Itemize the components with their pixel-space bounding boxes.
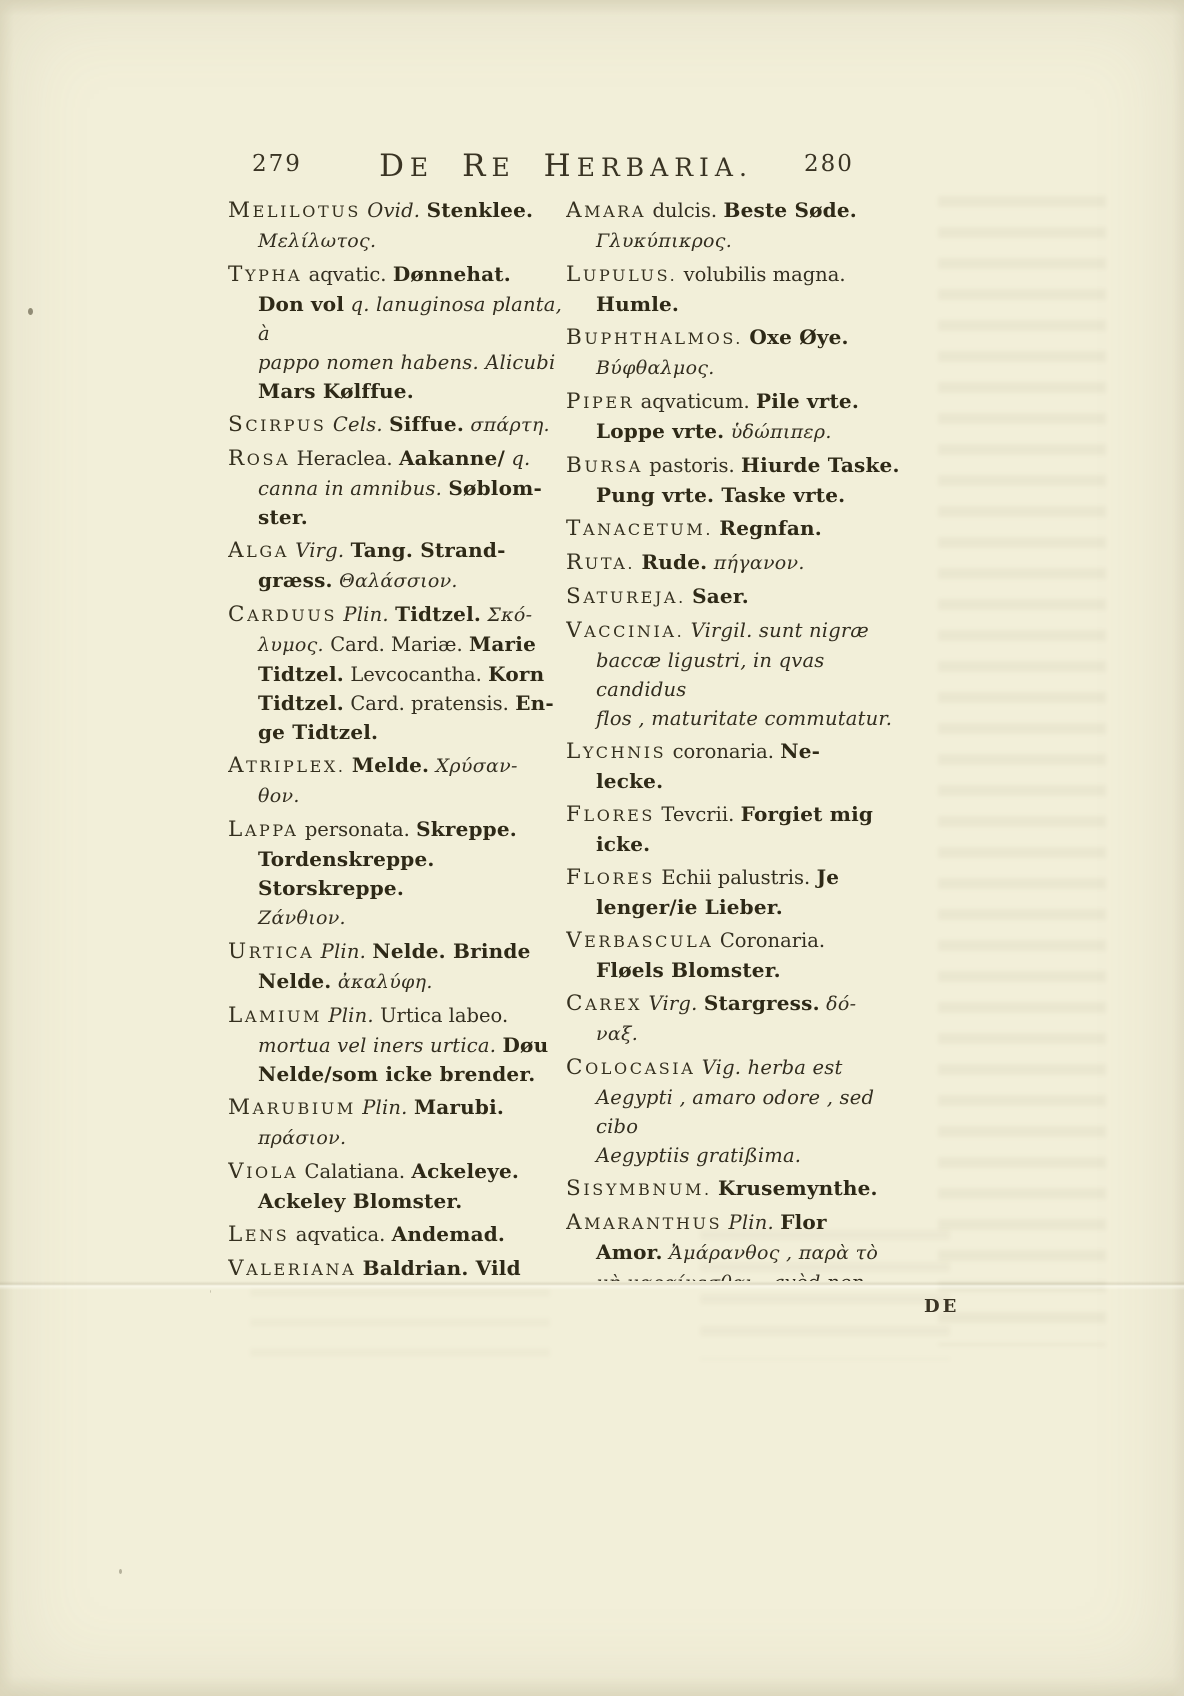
entry-fraktur-text: icke. <box>596 832 650 856</box>
scanned-book-page: 279 DE RE HERBARIA. 280 MELILOTUS Ovid. … <box>0 0 1184 1696</box>
dictionary-entry: VACCINIA. Virgil. sunt nigræbaccæ ligust… <box>566 616 910 733</box>
entry-italic-text: mortua vel iners urtica. <box>258 1034 496 1057</box>
entry-lemma-text: RUTA. <box>566 554 635 573</box>
entry-fraktur-text: En- <box>515 691 554 715</box>
entry-fraktur-text: ge Tidtzel. <box>258 720 378 744</box>
entry-italic-text: Aegyptiis gratißima. <box>596 1144 801 1167</box>
entry-roman-text: Urtica labeo. <box>380 1004 508 1027</box>
dictionary-entry: VERBASCULA Coronaria.Fløels Blomster. <box>566 926 910 985</box>
entry-lemma-text: LAMIUM <box>228 1007 322 1026</box>
entry-greek-text: πήγανον. <box>714 552 805 574</box>
entry-italic-text: Virgil. sunt nigræ <box>691 619 869 642</box>
entry-fraktur-text: Amor. <box>596 1240 663 1264</box>
entry-italic-text: Plin. <box>328 1004 373 1027</box>
entry-fraktur-text: Flor <box>780 1210 826 1234</box>
entry-lemma-text: FLORES <box>566 806 655 825</box>
entry-fraktur-text: Skreppe. <box>416 817 517 841</box>
entry-lemma-text: BUPHTHALMOS. <box>566 329 743 348</box>
entry-fraktur-text: Je <box>817 865 840 889</box>
entry-fraktur-text: Marie <box>469 632 536 656</box>
dictionary-entry: URTICA Plin. Nelde. BrindeNelde. ἀκαλύφη… <box>228 937 564 997</box>
entry-greek-text: θον. <box>258 785 300 807</box>
entry-italic-text: baccæ ligustri, in qvas candidus <box>596 649 825 701</box>
entry-roman-text: Tevcrii. <box>661 803 734 826</box>
entry-fraktur-text: Rude. <box>641 550 707 574</box>
entry-roman-text: aqvatic. <box>309 263 387 286</box>
entry-roman-text: Echii palustris. <box>661 866 810 889</box>
entry-fraktur-text: Forgiet mig <box>741 802 873 826</box>
entry-fraktur-text: Dønnehat. <box>393 262 511 286</box>
entry-roman-text: pastoris. <box>649 454 734 477</box>
dictionary-entry: LYCHNIS coronaria. Ne-lecke. <box>566 737 910 796</box>
entry-lemma-text: ROSA <box>228 450 290 469</box>
entry-fraktur-text: Pile vrte. <box>756 389 859 413</box>
entry-italic-text: Virg. <box>649 992 698 1015</box>
entry-lemma-text: SATUREJA. <box>566 588 686 607</box>
entry-fraktur-text: Regnfan. <box>719 516 822 540</box>
dictionary-entry: ALGA Virg. Tang. Strand-græss. Θαλάσσιον… <box>228 536 564 596</box>
entry-roman-text: dulcis. <box>652 199 717 222</box>
entry-fraktur-text: Saer. <box>692 584 749 608</box>
entry-roman-text: coronaria. <box>673 740 774 763</box>
entry-italic-text: Vig. herba est <box>702 1056 843 1079</box>
entry-lemma-text: LUPULUS. <box>566 266 677 285</box>
entry-lemma-text: ATRIPLEX. <box>228 757 346 776</box>
entry-fraktur-text: Krusemynthe. <box>718 1176 878 1200</box>
entry-fraktur-text: Hiurde Taske. <box>741 453 900 477</box>
entry-lemma-text: AMARA <box>566 202 646 221</box>
dictionary-entry: ATRIPLEX. Melde. Χρύσαν-θον. <box>228 751 564 811</box>
entry-roman-text: Calatiana. <box>305 1160 406 1183</box>
dictionary-entry: AMARANTHUS Plin. FlorAmor. Ἀμάρανθος , π… <box>566 1208 910 1281</box>
entry-greek-text: πράσιον. <box>258 1127 346 1149</box>
dictionary-entry: COLOCASIA Vig. herba estAegypti , amaro … <box>566 1053 910 1170</box>
entry-italic-text: pappo nomen habens. Alicubi <box>258 351 555 374</box>
entry-lemma-text: COLOCASIA <box>566 1059 695 1078</box>
dictionary-entry: CARDUUS Plin. Tidtzel. Σκό-λυμος. Card. … <box>228 600 564 747</box>
entry-lemma-text: BURSA <box>566 457 643 476</box>
catchword: DE <box>924 1296 959 1317</box>
page-crease <box>0 1281 1184 1290</box>
entry-italic-text: Plin. <box>343 603 388 626</box>
dictionary-entry: MELILOTUS Ovid. Stenklee.Μελίλωτος. <box>228 196 564 256</box>
entry-fraktur-text: Beste Søde. <box>723 198 856 222</box>
entry-fraktur-text: Siffue. <box>389 412 464 436</box>
entry-lemma-text: VIOLA <box>228 1163 298 1182</box>
entry-fraktur-text: Mars Kølffue. <box>258 379 414 403</box>
dictionary-entry: CAREX Virg. Stargress. δό-ναξ. <box>566 989 910 1049</box>
dictionary-entry: SISYMBNUM. Krusemynthe. <box>566 1174 910 1204</box>
entry-italic-text: q. <box>511 447 530 470</box>
dictionary-entry: RUTA. Rude. πήγανον. <box>566 548 910 578</box>
dictionary-entry: FLORES Echii palustris. Jelenger/ie Lieb… <box>566 863 910 922</box>
entry-fraktur-text: Andemad. <box>392 1222 505 1246</box>
dictionary-entry: MARUBIUM Plin. Marubi.πράσιον. <box>228 1093 564 1153</box>
entry-fraktur-text: Nelde. <box>258 969 331 993</box>
entry-lemma-text: VALERIANA <box>228 1260 356 1279</box>
entry-fraktur-text: Nelde/som icke brender. <box>258 1062 535 1086</box>
entry-italic-text: Ovid. <box>367 199 420 222</box>
dictionary-entry: LAMIUM Plin. Urtica labeo.mortua vel ine… <box>228 1001 564 1089</box>
entry-greek-text: λυμος. <box>258 634 324 656</box>
entry-greek-text: σπάρτη. <box>470 414 550 436</box>
entry-fraktur-text: Fløels Blomster. <box>596 958 781 982</box>
entry-fraktur-text: Ackeley Blomster. <box>258 1189 462 1213</box>
entry-greek-text: ναξ. <box>596 1023 638 1045</box>
entry-fraktur-text: Marubi. <box>414 1095 504 1119</box>
entry-lemma-text: AMARANTHUS <box>566 1214 722 1233</box>
entry-roman-text: Card. Mariæ. <box>330 633 462 656</box>
entry-fraktur-text: Tidtzel. <box>258 691 344 715</box>
entry-fraktur-text: Tang. Strand- <box>351 538 506 562</box>
entry-fraktur-text: ster. <box>258 505 308 529</box>
entry-fraktur-text: Korn <box>488 662 544 686</box>
show-through-text <box>250 1288 550 1368</box>
dictionary-entry: LAPPA personata. Skreppe.Tordenskreppe. … <box>228 815 564 933</box>
entry-fraktur-text: lecke. <box>596 769 663 793</box>
entry-fraktur-text: Stargress. <box>704 991 820 1015</box>
entry-greek-text: Γλυκύπικρος. <box>596 230 732 252</box>
entry-lemma-text: MARUBIUM <box>228 1099 356 1118</box>
entry-roman-text: personata. <box>305 818 410 841</box>
entry-fraktur-text: Loppe vrte. <box>596 419 724 443</box>
entry-greek-text: Βύφθαλμος. <box>596 357 715 379</box>
entry-italic-text: Plin. <box>729 1211 774 1234</box>
entry-lemma-text: CARDUUS <box>228 606 337 625</box>
entry-italic-text: Plin. <box>362 1096 407 1119</box>
entry-fraktur-text: Oxe Øye. <box>749 325 848 349</box>
entry-fraktur-text: Tidtzel. <box>258 662 344 686</box>
show-through-text <box>938 196 1106 1346</box>
dictionary-entry: PIPER aqvaticum. Pile vrte.Loppe vrte. ὑ… <box>566 387 910 447</box>
entry-fraktur-text: Tidtzel. <box>395 602 481 626</box>
entry-lemma-text: SISYMBNUM. <box>566 1180 712 1199</box>
entry-fraktur-text: græss. <box>258 568 333 592</box>
entry-lemma-text: CAREX <box>566 995 642 1014</box>
entry-lemma-text: LENS <box>228 1226 289 1245</box>
entry-lemma-text: URTICA <box>228 943 314 962</box>
entry-italic-text: Plin. <box>321 940 366 963</box>
right-column: AMARA dulcis. Beste Søde.Γλυκύπικρος.LUP… <box>566 196 910 1281</box>
entry-fraktur-text: Don vol <box>258 292 344 316</box>
entry-greek-text: ὑδώπιπερ. <box>731 421 832 443</box>
entry-lemma-text: FLORES <box>566 869 655 888</box>
entry-lemma-text: VERBASCULA <box>566 932 713 951</box>
dictionary-entry: SCIRPUS Cels. Siffue. σπάρτη. <box>228 410 564 440</box>
entry-greek-text: ἀκαλύφη. <box>338 971 433 993</box>
entry-lemma-text: LYCHNIS <box>566 743 666 762</box>
dictionary-entry: LUPULUS. volubilis magna.Humle. <box>566 260 910 319</box>
entry-lemma-text: SCIRPUS <box>228 416 326 435</box>
dictionary-entry: VIOLA Calatiana. Ackeleye.Ackeley Blomst… <box>228 1157 564 1216</box>
entry-greek-text: Σκό- <box>487 604 532 626</box>
dictionary-entry: BUPHTHALMOS. Oxe Øye.Βύφθαλμος. <box>566 323 910 383</box>
entry-italic-text: canna in amnibus. <box>258 477 442 500</box>
entry-fraktur-text: Ackeleye. <box>411 1159 519 1183</box>
entry-roman-text: aqvaticum. <box>641 390 750 413</box>
entry-roman-text: Card. pratensis. <box>350 692 509 715</box>
dictionary-entry: LENS aqvatica. Andemad. <box>228 1220 564 1250</box>
entry-greek-text: μὴ μαραίνεσθαι , <box>596 1272 766 1281</box>
entry-greek-text: Θαλάσσιον. <box>339 570 458 592</box>
entry-fraktur-text: Tordenskreppe. Storskreppe. <box>258 847 435 900</box>
entry-lemma-text: PIPER <box>566 393 634 412</box>
entry-fraktur-text: lenger/ie Lieber. <box>596 895 783 919</box>
entry-lemma-text: ALGA <box>228 542 289 561</box>
dictionary-entry: ROSA Heraclea. Aakanne/ q.canna in amnib… <box>228 444 564 532</box>
dictionary-entry: TANACETUM. Regnfan. <box>566 514 910 544</box>
entry-greek-text: Χρύσαν- <box>436 755 518 777</box>
entry-roman-text: volubilis magna. <box>684 263 846 286</box>
entry-fraktur-text: Melde. <box>352 753 429 777</box>
entry-fraktur-text: Pung vrte. Taske vrte. <box>596 483 845 507</box>
entry-lemma-text: LAPPA <box>228 821 298 840</box>
paper-speck <box>28 308 33 315</box>
entry-italic-text: Cels. <box>333 413 383 436</box>
dictionary-entry: SATUREJA. Saer. <box>566 582 910 612</box>
entry-italic-text: flos , maturitate commutatur. <box>596 707 892 730</box>
entry-italic-text: Aegypti , amaro odore , sed cibo <box>596 1086 874 1138</box>
page-number-right: 280 <box>804 151 854 177</box>
entry-greek-text: Μελίλωτος. <box>258 230 376 252</box>
entry-lemma-text: TYPHA <box>228 266 302 285</box>
entry-roman-text: Coronaria. <box>720 929 825 952</box>
entry-roman-text: Heraclea. <box>297 447 393 470</box>
page-title: DE RE HERBARIA. <box>228 148 904 184</box>
entry-roman-text: Levcocantha. <box>350 663 482 686</box>
dictionary-entry: AMARA dulcis. Beste Søde.Γλυκύπικρος. <box>566 196 910 256</box>
entry-fraktur-text: Aakanne/ <box>399 446 505 470</box>
entry-lemma-text: MELILOTUS <box>228 202 361 221</box>
page-header: 279 DE RE HERBARIA. 280 <box>228 148 904 192</box>
entry-fraktur-text: Døu <box>502 1033 548 1057</box>
entry-greek-text: Ζάνθιον. <box>258 907 346 929</box>
entry-greek-text: Ἀμάρανθος , παρὰ τὸ <box>669 1242 878 1264</box>
left-column: MELILOTUS Ovid. Stenklee.Μελίλωτος.TYPHA… <box>228 196 564 1281</box>
entry-lemma-text: VACCINIA. <box>566 622 684 641</box>
entry-italic-text: Virg. <box>295 539 344 562</box>
entry-greek-text: δό- <box>826 993 856 1015</box>
entry-fraktur-text: Stenklee. <box>427 198 534 222</box>
dictionary-entry: TYPHA aqvatic. Dønnehat.Don vol q. lanug… <box>228 260 564 406</box>
entry-lemma-text: TANACETUM. <box>566 520 713 539</box>
dictionary-entry: VALERIANA Baldrian. VildNardus. <box>228 1254 564 1281</box>
entry-fraktur-text: Ne- <box>780 739 820 763</box>
entry-roman-text: aqvatica. <box>296 1223 386 1246</box>
entry-fraktur-text: Humle. <box>596 292 679 316</box>
dictionary-entry: FLORES Tevcrii. Forgiet migicke. <box>566 800 910 859</box>
entry-fraktur-text: Baldrian. Vild <box>363 1256 521 1280</box>
dictionary-entry: BURSA pastoris. Hiurde Taske.Pung vrte. … <box>566 451 910 510</box>
entry-fraktur-text: Søblom- <box>448 476 542 500</box>
entry-fraktur-text: Nelde. Brinde <box>372 939 530 963</box>
